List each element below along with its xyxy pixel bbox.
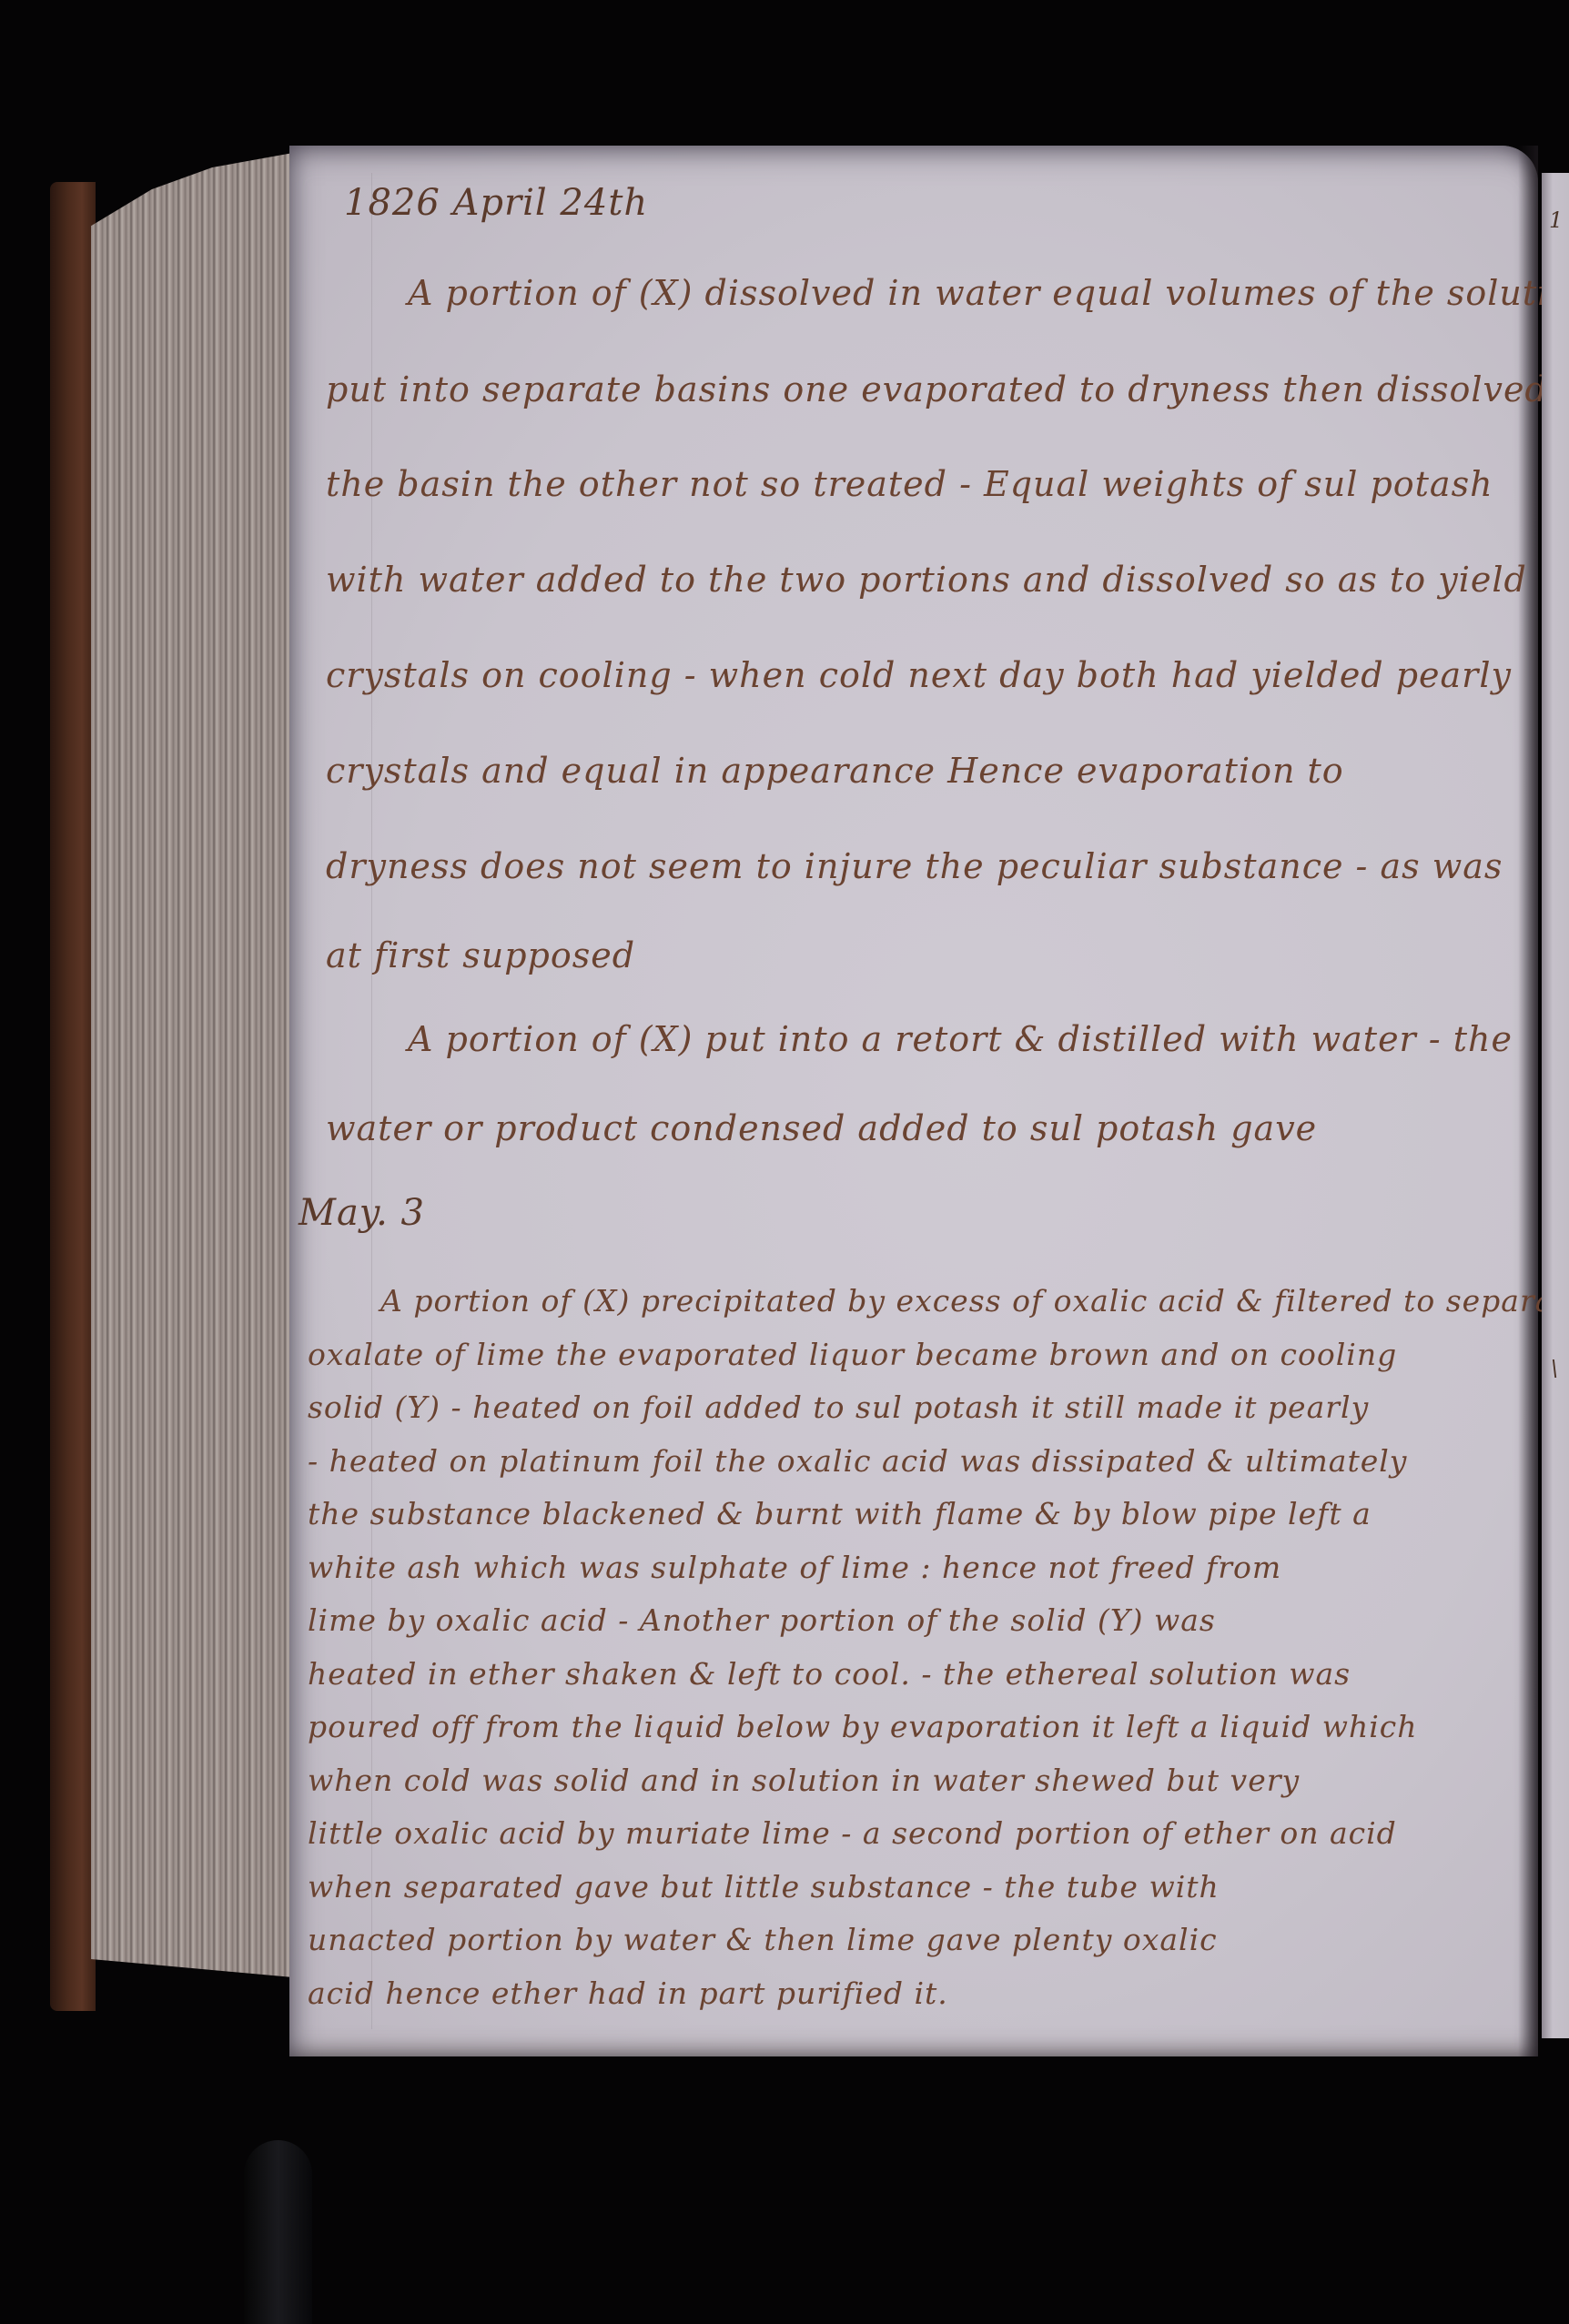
- entry-line: with water added to the two portions and…: [326, 560, 1527, 600]
- entry-line: poured off from the liquid below by evap…: [308, 1709, 1418, 1744]
- entry-line: A portion of (X) dissolved in water equa…: [408, 273, 1569, 313]
- entry-line: solid (Y) - heated on foil added to sul …: [308, 1389, 1369, 1425]
- entry-line: the basin the other not so treated - Equ…: [326, 464, 1493, 504]
- entry-line: when separated gave but little substance…: [308, 1869, 1220, 1905]
- line-text: put into separate basins one evaporated …: [326, 369, 1569, 409]
- entry-line: A portion of (X) put into a retort & dis…: [408, 1019, 1513, 1059]
- entry-line: crystals on cooling - when cold next day…: [326, 655, 1512, 695]
- gloved-thumb: [244, 2140, 312, 2324]
- entry-line: acid hence ether had in part purified it…: [308, 1975, 948, 2011]
- entry-line: the substance blackened & burnt with fla…: [308, 1496, 1372, 1531]
- entry-date: 1826 April 24th: [344, 182, 648, 224]
- entry-line: unacted portion by water & then lime gav…: [308, 1922, 1218, 1957]
- entry-line: put into separate basins one evaporated …: [326, 369, 1569, 409]
- notebook-page: 1826 April 24th A portion of (X) dissolv…: [289, 146, 1538, 2056]
- facing-page-mark: 1: [1549, 207, 1563, 233]
- book-cover-spine: [50, 182, 96, 2011]
- entry-date: May. 3: [299, 1192, 425, 1234]
- entry-line: at first supposed: [326, 935, 635, 975]
- handwritten-text: 1826 April 24th A portion of (X) dissolv…: [289, 146, 1538, 2056]
- entry-line: oxalate of lime the evaporated liquor be…: [308, 1337, 1397, 1372]
- entry-line: when cold was solid and in solution in w…: [308, 1763, 1300, 1798]
- entry-line: - heated on platinum foil the oxalic aci…: [308, 1443, 1407, 1479]
- entry-line: white ash which was sulphate of lime : h…: [308, 1550, 1281, 1585]
- entry-line: A portion of (X) precipitated by excess …: [380, 1283, 1569, 1319]
- entry-line: dryness does not seem to injure the pecu…: [326, 846, 1503, 886]
- facing-page-edge: 1 \: [1542, 173, 1569, 2038]
- entry-line: water or product condensed added to sul …: [326, 1108, 1317, 1148]
- page-edges: [91, 153, 293, 1977]
- entry-line: crystals and equal in appearance Hence e…: [326, 751, 1344, 791]
- entry-line: little oxalic acid by muriate lime - a s…: [308, 1815, 1397, 1851]
- entry-line: heated in ether shaken & left to cool. -…: [308, 1656, 1351, 1692]
- entry-line: lime by oxalic acid - Another portion of…: [308, 1602, 1216, 1638]
- facing-page-mark: \: [1551, 1356, 1558, 1381]
